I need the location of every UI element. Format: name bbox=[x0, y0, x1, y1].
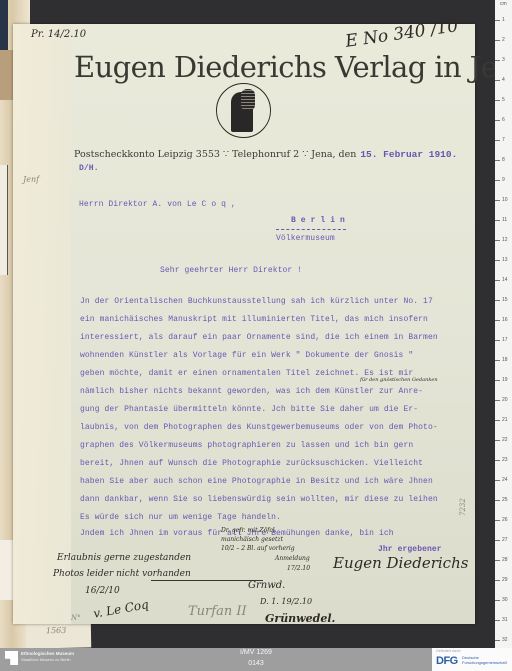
ruler-label: 9 bbox=[502, 177, 505, 183]
body-line: haben Sie aber auch schon eine Photograp… bbox=[80, 477, 433, 486]
body-line: graphen des Völkermuseums photographiere… bbox=[80, 441, 413, 450]
ruler-label: 2 bbox=[502, 37, 505, 43]
ruler-tick bbox=[495, 120, 500, 121]
body-line: Jn der Orientalischen Buchkunstausstellu… bbox=[80, 297, 433, 306]
ruler-tick bbox=[495, 460, 500, 461]
paper-stack-edge bbox=[0, 165, 8, 275]
ruler-tick bbox=[495, 380, 500, 381]
ruler-tick bbox=[495, 80, 500, 81]
dfg-mark: DFG bbox=[436, 655, 458, 667]
divider bbox=[276, 229, 346, 230]
ruler-unit: cm bbox=[500, 1, 507, 7]
ruler-label: 17 bbox=[502, 337, 508, 343]
reply-date: 16/2/10 bbox=[85, 586, 120, 596]
ruler-tick bbox=[495, 320, 500, 321]
middle-note: Dr. gefr. mit Zöfcl. bbox=[221, 527, 277, 534]
ruler-label: 13 bbox=[502, 257, 508, 263]
ruler-tick bbox=[495, 600, 500, 601]
ruler-label: 7 bbox=[502, 137, 505, 143]
pen-stroke bbox=[151, 580, 263, 581]
ruler-tick bbox=[495, 560, 500, 561]
ruler-tick bbox=[495, 400, 500, 401]
recipient-city: B e r l i n bbox=[291, 216, 345, 225]
lion-in-circle-icon bbox=[216, 83, 271, 138]
ruler-tick bbox=[495, 140, 500, 141]
ruler-label: 1 bbox=[502, 17, 505, 23]
ruler-tick bbox=[495, 340, 500, 341]
ruler-tick bbox=[495, 180, 500, 181]
body-line: laubnis, von dem Photographen des Kunstg… bbox=[80, 423, 438, 432]
scale-ruler: cm 1234567891011121314151617181920212223… bbox=[495, 0, 512, 648]
ruler-tick bbox=[495, 580, 500, 581]
body-line: ein manichäisches Manuskript mit illumin… bbox=[80, 315, 428, 324]
ruler-label: 6 bbox=[502, 117, 505, 123]
ruler-label: 10 bbox=[502, 197, 508, 203]
ruler-tick bbox=[495, 620, 500, 621]
letter-sheet: Pr. 14/2.10 E No 340 /10 Eugen Diederich… bbox=[13, 24, 475, 624]
archive-note-left: Pr. 14/2.10 bbox=[31, 29, 86, 40]
ruler-tick bbox=[495, 160, 500, 161]
dfg-logo: Gefördert durch DFG Deutsche Forschungsg… bbox=[432, 648, 512, 671]
ruler-tick bbox=[495, 280, 500, 281]
ruler-tick bbox=[495, 260, 500, 261]
body-line: dann dankbar, wenn Sie so liebenswürdig … bbox=[80, 495, 438, 504]
ruler-label: 27 bbox=[502, 537, 508, 543]
grunwedel-signature: Grünwedel. bbox=[265, 612, 335, 625]
ruler-label: 21 bbox=[502, 417, 508, 423]
ruler-label: 23 bbox=[502, 457, 508, 463]
ruler-label: 16 bbox=[502, 317, 508, 323]
reference-code: D/H. bbox=[79, 164, 99, 173]
ruler-label: 3 bbox=[502, 57, 505, 63]
letterhead-info: Postscheckkonto Leipzig 3553 ∵ Telephonr… bbox=[74, 149, 457, 160]
ruler-tick bbox=[495, 40, 500, 41]
ruler-label: 29 bbox=[502, 577, 508, 583]
body-line: gung der Phantasie übermitteln könnte. J… bbox=[80, 405, 418, 414]
ruler-tick bbox=[495, 360, 500, 361]
margin-note: Jenf bbox=[23, 175, 39, 184]
closing: Jhr ergebener bbox=[378, 545, 442, 554]
ruler-tick bbox=[495, 640, 500, 641]
handwritten-reply: Photos leider nicht vorhanden bbox=[53, 569, 191, 579]
scrap-number: 1563 bbox=[46, 626, 67, 635]
ruler-tick bbox=[495, 20, 500, 21]
ruler-label: 30 bbox=[502, 597, 508, 603]
ruler-label: 19 bbox=[502, 377, 508, 383]
ruler-label: 4 bbox=[502, 77, 505, 83]
paper-stack-edge bbox=[0, 540, 14, 600]
ruler-tick bbox=[495, 480, 500, 481]
middle-note: 10/2 – 2 Bl. auf vorherig bbox=[221, 545, 295, 552]
ruler-label: 26 bbox=[502, 517, 508, 523]
initials: Grnwd. bbox=[248, 580, 285, 591]
interlinear-note: für den gnöstischen Gedanken bbox=[360, 377, 438, 383]
body-line: wohnenden Künstler als Vorlage für ein W… bbox=[80, 351, 413, 360]
paper-stack-edge bbox=[0, 50, 14, 100]
date-stamp: 15. Februar 1910. bbox=[360, 149, 457, 160]
reply-signature: v. Le Coq bbox=[92, 597, 150, 621]
middle-note: manichäisch gesetzt bbox=[221, 536, 283, 543]
sheet-margin bbox=[13, 24, 71, 624]
ruler-label: 32 bbox=[502, 637, 508, 643]
document-viewer: 1563 Pr. 14/2.10 E No 340 /10 Eugen Died… bbox=[0, 0, 512, 648]
turfan-note: Turfan II bbox=[188, 604, 247, 619]
signature: Eugen Diederichs bbox=[333, 554, 468, 572]
salutation: Sehr geehrter Herr Direktor ! bbox=[160, 266, 302, 275]
postal-info: Postscheckkonto Leipzig 3553 ∵ Telephonr… bbox=[74, 149, 356, 160]
ruler-label: 14 bbox=[502, 277, 508, 283]
ruler-tick bbox=[495, 100, 500, 101]
ruler-tick bbox=[495, 440, 500, 441]
archive-number: E No 340 /10 bbox=[344, 16, 459, 52]
ruler-tick bbox=[495, 420, 500, 421]
ruler-label: 8 bbox=[502, 157, 505, 163]
body-line: nämlich bisher nichts bekannt geworden, … bbox=[80, 387, 423, 396]
dfg-tagline: Gefördert durch bbox=[436, 649, 461, 653]
body-line: bereit, Jhnen auf Wunsch die Photographi… bbox=[80, 459, 423, 468]
ruler-label: 25 bbox=[502, 497, 508, 503]
recipient: Herrn Direktor A. von Le C o q , bbox=[79, 200, 236, 209]
ruler-label: 11 bbox=[502, 217, 507, 223]
ruler-tick bbox=[495, 540, 500, 541]
ruler-tick bbox=[495, 60, 500, 61]
ruler-tick bbox=[495, 500, 500, 501]
bottom-mark: N° bbox=[71, 614, 81, 622]
ruler-tick bbox=[495, 520, 500, 521]
ruler-tick bbox=[495, 240, 500, 241]
middle-date: 17/2.10 bbox=[287, 565, 310, 572]
ruler-label: 5 bbox=[502, 97, 505, 103]
date-note: D. 1. 19/2.10 bbox=[260, 597, 312, 606]
body-line: interessiert, als darauf ein paar Orname… bbox=[80, 333, 438, 342]
recipient-institution: Völkermuseum bbox=[276, 234, 335, 243]
ruler-tick bbox=[495, 200, 500, 201]
viewer-footer: Ethnologisches Museum Staatliche Museen … bbox=[0, 648, 512, 671]
letterhead-title: Eugen Diederichs Verlag in Jena bbox=[74, 50, 512, 84]
handwritten-reply: Erlaubnis gerne zugestanden bbox=[57, 553, 191, 563]
ruler-tick bbox=[495, 300, 500, 301]
ruler-tick bbox=[495, 220, 500, 221]
ruler-label: 24 bbox=[502, 477, 508, 483]
ruler-label: 12 bbox=[502, 237, 508, 243]
margin-stamp: 7232 bbox=[459, 498, 467, 516]
ruler-label: 18 bbox=[502, 357, 508, 363]
middle-note: Anmeldung bbox=[275, 555, 310, 562]
ruler-label: 20 bbox=[502, 397, 508, 403]
body-line: Es würde sich nur um wenige Tage handeln… bbox=[80, 513, 281, 522]
dfg-name: Deutsche Forschungsgemeinschaft bbox=[462, 655, 510, 665]
ruler-label: 22 bbox=[502, 437, 508, 443]
ruler-label: 28 bbox=[502, 557, 508, 563]
ruler-label: 31 bbox=[502, 617, 508, 623]
paper-stack-edge bbox=[0, 0, 8, 50]
ruler-label: 15 bbox=[502, 297, 508, 303]
